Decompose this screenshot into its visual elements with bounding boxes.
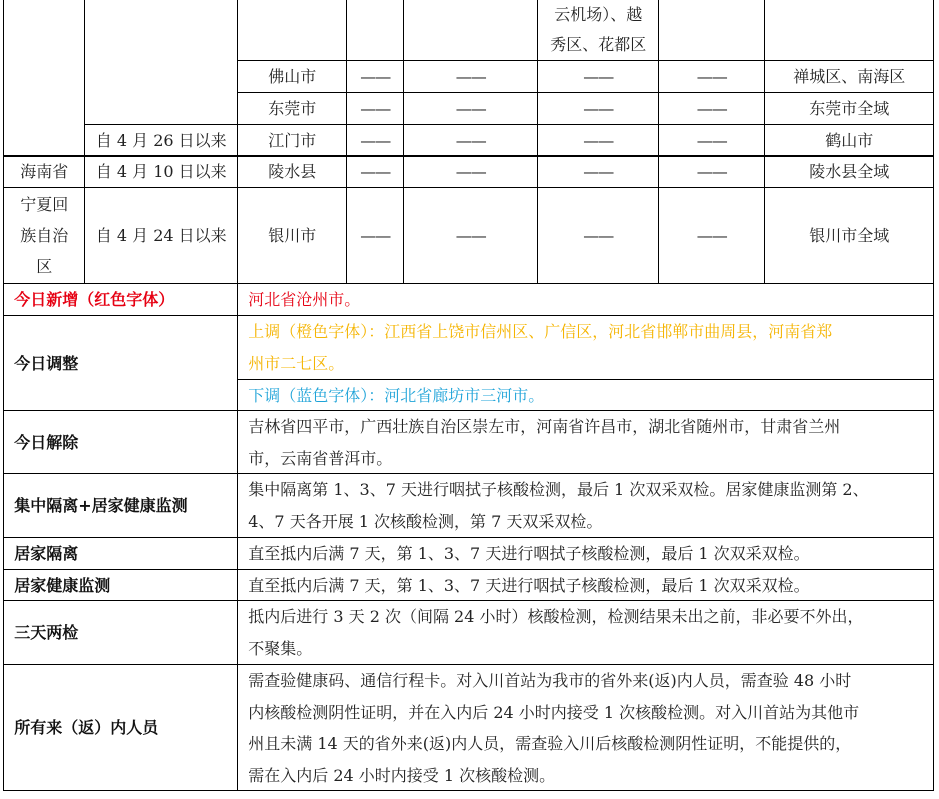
arrivals-line-4: 需在入内后 24 小时内接受 1 次核酸检测。 [248,760,555,792]
col7-cell-jiangmen: —— [658,124,765,157]
home-monitoring-label: 居家健康监测 [3,569,238,601]
adjust-up-line-2: 州市二七区。 [248,348,344,380]
col7-cell-guangzhou [658,0,765,61]
col7-cell-yinchuan: —— [658,187,765,284]
ningxia-line-3: 区 [36,251,52,282]
three-days-two-tests-text: 抵内后进行 3 天 2 次（间隔 24 小时）核酸检测，检测结果未出之前，非必要… [237,600,934,665]
three-days-line-1: 抵内后进行 3 天 2 次（间隔 24 小时）核酸检测，检测结果未出之前，非必要… [248,601,863,633]
province-cell-ningxia: 宁夏回 族自治 区 [3,187,85,284]
arrivals-line-3: 州且未满 14 天的省外来(返)内人员，需查验入川后核酸检测阴性证明，不能提供的… [248,728,851,760]
col5-cell-foshan: —— [403,60,538,93]
three-days-two-tests-label: 三天两检 [3,600,238,665]
col8-cell-foshan: 禅城区、南海区 [764,60,934,93]
central-quarantine-label: 集中隔离+居家健康监测 [3,473,238,538]
col6-cell-guangzhou: 云机场）、越 秀区、花都区 [537,0,659,61]
central-line-1: 集中隔离第 1、3、7 天进行咽拭子核酸检测，最后 1 次双采双检。居家健康监测… [248,474,868,506]
lifted-today-text: 吉林省四平市，广西壮族自治区崇左市，河南省许昌市，湖北省随州市，甘肃省兰州 市，… [237,410,934,474]
col6-cell-dongguan: —— [537,92,659,125]
central-quarantine-text: 集中隔离第 1、3、7 天进行咽拭子核酸检测，最后 1 次双采双检。居家健康监测… [237,473,934,538]
city-cell-foshan: 佛山市 [237,60,347,93]
city-cell-dongguan: 东莞市 [237,92,347,125]
home-quarantine-label: 居家隔离 [3,537,238,570]
lifted-today-label: 今日解除 [3,410,238,474]
col5-cell-guangzhou [403,0,538,61]
col8-cell-yinchuan: 银川市全域 [764,187,934,284]
col8-cell-jiangmen: 鹤山市 [764,124,934,157]
col4-cell-foshan: —— [346,60,404,93]
new-today-text: 河北省沧州市。 [237,283,934,316]
col4-cell-guangzhou [346,0,404,61]
arrivals-line-1: 需查验健康码、通信行程卡。对入川首站为我市的省外来(返)内人员，需查验 48 小… [248,665,851,697]
city-cell-guangzhou [237,0,347,61]
col7-cell-foshan: —— [658,60,765,93]
adjust-today-label: 今日调整 [3,315,238,411]
adjust-up-text: 上调（橙色字体）：江西省上饶市信州区、广信区，河北省邯郸市曲周县，河南省郑 州市… [237,315,934,380]
ningxia-line-2: 族自治 [20,220,68,251]
col4-cell-lingshui: —— [346,155,404,188]
col8-cell-guangzhou [764,0,934,61]
guangzhou-area-line-1: 云机场）、越 [554,0,642,30]
three-days-line-2: 不聚集。 [248,633,312,665]
province-cell-guangdong [3,0,85,157]
all-arrivals-text: 需查验健康码、通信行程卡。对入川首站为我市的省外来(返)内人员，需查验 48 小… [237,664,934,791]
guangzhou-area-line-2: 秀区、花都区 [550,30,646,60]
since-cell-ningxia: 自 4 月 24 日以来 [84,187,238,284]
col6-cell-lingshui: —— [537,155,659,188]
col7-cell-lingshui: —— [658,155,765,188]
col8-cell-dongguan: 东莞市全域 [764,92,934,125]
city-cell-lingshui: 陵水县 [237,155,347,188]
since-cell-hainan: 自 4 月 10 日以来 [84,155,238,188]
province-cell-hainan: 海南省 [3,155,85,188]
arrivals-line-2: 内核酸检测阴性证明，并在入内后 24 小时内接受 1 次核酸检测。对入川首站为其… [248,697,859,729]
col4-cell-yinchuan: —— [346,187,404,284]
col5-cell-lingshui: —— [403,155,538,188]
col5-cell-yinchuan: —— [403,187,538,284]
since-cell-jiangmen: 自 4 月 26 日以来 [84,124,238,157]
col6-cell-foshan: —— [537,60,659,93]
ningxia-line-1: 宁夏回 [20,189,68,220]
col4-cell-jiangmen: —— [346,124,404,157]
col5-cell-jiangmen: —— [403,124,538,157]
all-arrivals-label: 所有来（返）内人员 [3,664,238,791]
lifted-line-2: 市，云南省普洱市。 [248,443,392,475]
col7-cell-dongguan: —— [658,92,765,125]
lifted-line-1: 吉林省四平市，广西壮族自治区崇左市，河南省许昌市，湖北省随州市，甘肃省兰州 [248,411,840,443]
col8-cell-lingshui: 陵水县全域 [764,155,934,188]
new-today-label: 今日新增（红色字体） [3,283,238,316]
central-line-2: 4、7 天各开展 1 次核酸检测，第 7 天双采双检。 [248,506,602,538]
col6-cell-yinchuan: —— [537,187,659,284]
col6-cell-jiangmen: —— [537,124,659,157]
col5-cell-dongguan: —— [403,92,538,125]
col4-cell-dongguan: —— [346,92,404,125]
home-quarantine-text: 直至抵内后满 7 天，第 1、3、7 天进行咽拭子核酸检测，最后 1 次双采双检… [237,537,934,570]
home-monitoring-text: 直至抵内后满 7 天，第 1、3、7 天进行咽拭子核酸检测，最后 1 次双采双检… [237,569,934,601]
adjust-down-text: 下调（蓝色字体）：河北省廊坊市三河市。 [237,379,934,411]
adjust-up-line-1: 上调（橙色字体）：江西省上饶市信州区、广信区，河北省邯郸市曲周县，河南省郑 [248,316,832,348]
city-cell-yinchuan: 银川市 [237,187,347,284]
since-cell-guangdong [84,0,238,125]
city-cell-jiangmen: 江门市 [237,124,347,157]
